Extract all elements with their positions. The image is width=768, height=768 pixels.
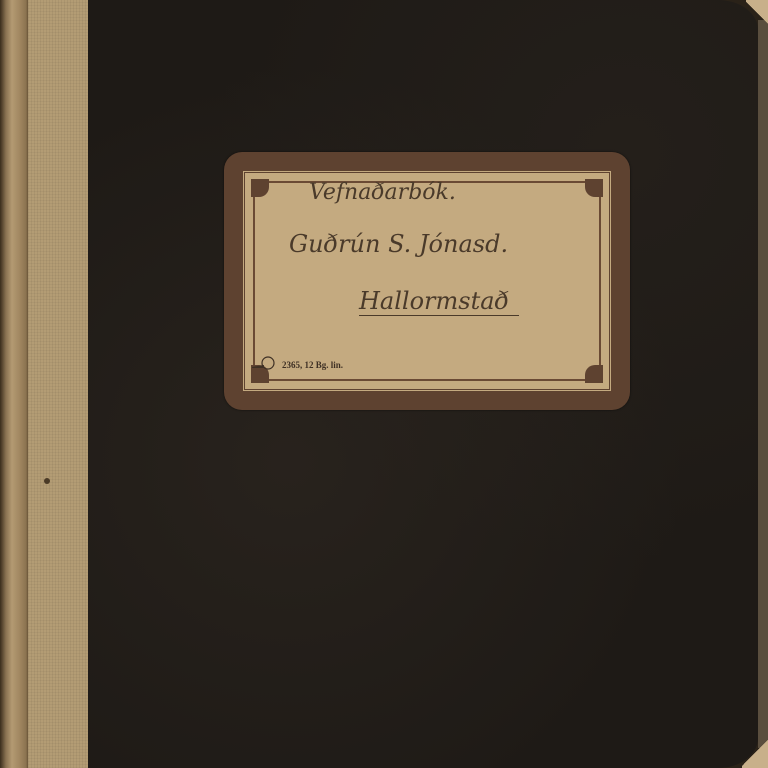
label-border [253,181,601,381]
corner-wear-top [746,0,768,26]
spine-stain [44,478,50,484]
corner-wear-bottom [742,738,768,768]
book-spine-cloth [28,0,90,768]
lion-emblem-icon [250,356,276,370]
book-spine-edge [0,0,28,768]
label-owner-name: Guðrún S. Jónasd. [289,230,508,258]
page-edge [758,20,768,748]
label-stamp-text: 2365, 12 Bg. lin. [282,360,343,370]
cover-label: Vefnaðarbók. Guðrún S. Jónasd. Hallormst… [224,152,630,410]
label-place: Hallormstað [359,287,519,316]
corner-ornament-icon [585,179,603,197]
corner-ornament-icon [585,365,603,383]
label-title: Vefnaðarbók. [309,180,456,205]
